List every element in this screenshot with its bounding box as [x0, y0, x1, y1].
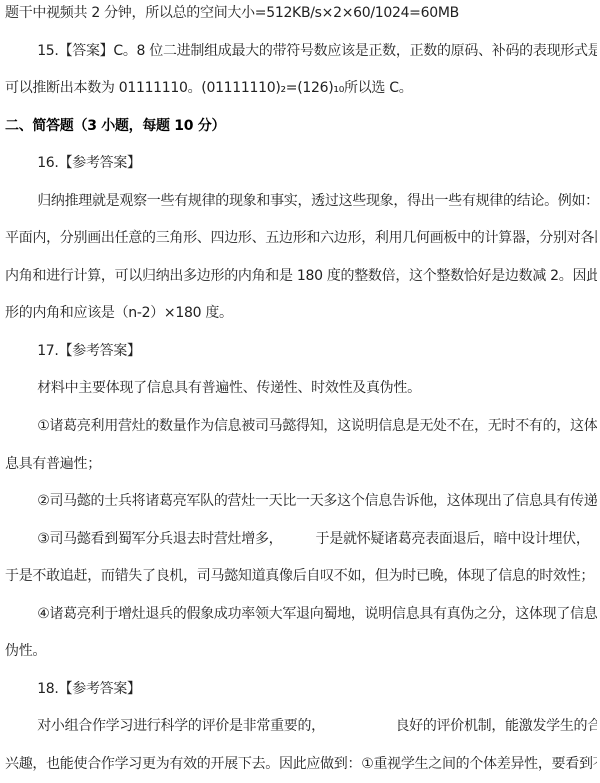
line-q15-answer-continuation: 可以推断出本数为 01111110。(01111110)₂=(126)₁₀所以选…	[5, 70, 597, 108]
section-2-heading: 二、简答题（3 小题，每题 10 分）	[5, 108, 597, 146]
line-q18-answer-1: 对小组合作学习进行科学的评价是非常重要的， 良好的评价机制，能激发学生的合作	[5, 708, 597, 746]
line-q17-point4-continuation: 伪性。	[5, 633, 597, 671]
line-q17-point1: ①诸葛亮利用营灶的数量作为信息被司马懿得知，这说明信息是无处不在，无时不有的，这…	[5, 408, 597, 446]
line-q17-point2: ②司马懿的士兵将诸葛亮军队的营灶一天比一天多这个信息告诉他，这体现出了信息具有传…	[5, 483, 597, 521]
line-q14-answer-continuation: 题干中视频共 2 分钟，所以总的空间大小=512KB/s×2×60/1024=6…	[5, 0, 597, 33]
line-q16-answer-4: 形的内角和应该是（n-2）×180 度。	[5, 295, 597, 333]
line-q18-label: 18.【参考答案】	[5, 671, 597, 709]
line-q17-summary: 材料中主要体现了信息具有普遍性、传递性、时效性及真伪性。	[5, 370, 597, 408]
line-q17-label: 17.【参考答案】	[5, 333, 597, 371]
line-q17-point3: ③司马懿看到蜀军分兵退去时营灶增多， 于是就怀疑诸葛亮表面退后，暗中设计埋伏，	[5, 521, 597, 559]
line-q18-answer-2: 兴趣，也能使合作学习更为有效的开展下去。因此应做到：①重视学生之间的个体差异性，…	[5, 746, 597, 783]
line-q16-answer-1: 归纳推理就是观察一些有规律的现象和事实，透过这些现象，得出一些有规律的结论。例如…	[5, 183, 597, 221]
line-q17-point4: ④诸葛亮利于增灶退兵的假象成功率领大军退向蜀地，说明信息具有真伪之分，这体现了信…	[5, 596, 597, 634]
line-q16-answer-2: 平面内，分别画出任意的三角形、四边形、五边形和六边形，利用几何画板中的计算器，分…	[5, 220, 597, 258]
line-q16-label: 16.【参考答案】	[5, 145, 597, 183]
line-q17-point1-continuation: 息具有普遍性；	[5, 446, 597, 484]
line-q16-answer-3: 内角和进行计算，可以归纳出多边形的内角和是 180 度的整数倍，这个整数恰好是边…	[5, 258, 597, 296]
line-q15-answer: 15.【答案】C。8 位二进制组成最大的带符号数应该是正数，正数的原码、补码的表…	[5, 33, 597, 71]
line-q17-point3-continuation: 于是不敢追赶，而错失了良机，司马懿知道真像后自叹不如，但为时已晚，体现了信息的时…	[5, 558, 597, 596]
document-page: 题干中视频共 2 分钟，所以总的空间大小=512KB/s×2×60/1024=6…	[0, 0, 600, 783]
